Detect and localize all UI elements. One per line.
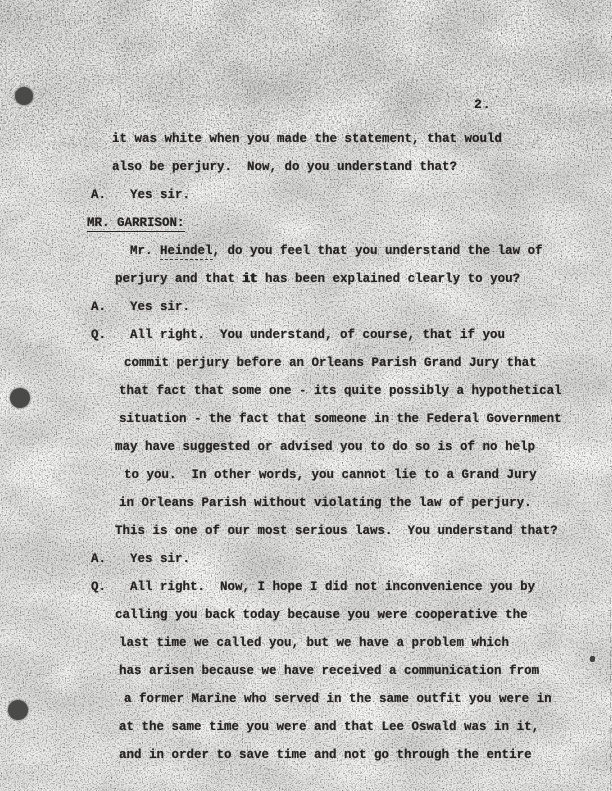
transcript-line: perjury and that it has been explained c…	[0, 272, 612, 300]
transcript-text: to you. In other words, you cannot lie t…	[124, 468, 537, 482]
transcript-text: Yes sir.	[130, 188, 190, 202]
transcript-line: last time we called you, but we have a p…	[0, 636, 612, 664]
transcript-text: commit perjury before an Orleans Parish …	[124, 356, 537, 370]
speaker-heading: MR. GARRISON:	[87, 216, 185, 232]
transcript-text: may have suggested or advised you to do …	[115, 440, 535, 454]
transcript-line: may have suggested or advised you to do …	[0, 440, 612, 468]
transcript-text: also be perjury. Now, do you understand …	[112, 160, 457, 174]
transcript-line: and in order to save time and not go thr…	[0, 748, 612, 776]
speaker-label: Q.	[91, 580, 106, 594]
transcript-text: last time we called you, but we have a p…	[119, 636, 509, 650]
transcript-line: commit perjury before an Orleans Parish …	[0, 356, 612, 384]
annotated-word: it	[243, 272, 258, 286]
transcript-text: Yes sir.	[130, 300, 190, 314]
transcript-text: This is one of our most serious laws. Yo…	[115, 524, 558, 538]
transcript-line: Q.All right. Now, I hope I did not incon…	[0, 580, 612, 608]
transcript-line: to you. In other words, you cannot lie t…	[0, 468, 612, 496]
speaker-label: Q.	[91, 328, 106, 342]
transcript-text: at the same time you were and that Lee O…	[119, 720, 539, 734]
transcript-text: it was white when you made the statement…	[112, 132, 502, 146]
scanned-document-page: 2. it was white when you made the statem…	[0, 0, 612, 791]
transcript-line: it was white when you made the statement…	[0, 132, 612, 160]
hole-punch-mark	[15, 87, 33, 105]
transcript-text: a former Marine who served in the same o…	[124, 692, 552, 706]
transcript-text: situation - the fact that someone in the…	[119, 412, 562, 426]
transcript-text: in Orleans Parish without violating the …	[119, 496, 532, 510]
transcript-line: calling you back today because you were …	[0, 608, 612, 636]
hole-punch-mark	[10, 388, 30, 408]
transcript-text: and in order to save time and not go thr…	[119, 748, 532, 762]
transcript-line: This is one of our most serious laws. Yo…	[0, 524, 612, 552]
transcript-line: A.Yes sir.	[0, 300, 612, 328]
annotated-word: Heindel	[160, 244, 213, 260]
speaker-label: A.	[91, 552, 106, 566]
transcript-line: situation - the fact that someone in the…	[0, 412, 612, 440]
transcript-text: Yes sir.	[130, 552, 190, 566]
transcript-text: calling you back today because you were …	[115, 608, 528, 622]
transcript-line: A.Yes sir.	[0, 188, 612, 216]
transcript-line: Mr. Heindel, do you feel that you unders…	[0, 244, 612, 272]
page-number: 2.	[474, 97, 492, 112]
speaker-label: A.	[91, 300, 106, 314]
transcript-text: All right. You understand, of course, th…	[130, 328, 505, 342]
speaker-label: A.	[91, 188, 106, 202]
transcript-line: that fact that some one - its quite poss…	[0, 384, 612, 412]
transcript-text: Mr. Heindel, do you feel that you unders…	[130, 244, 543, 258]
transcript-line: has arisen because we have received a co…	[0, 664, 612, 692]
transcript-line: also be perjury. Now, do you understand …	[0, 160, 612, 188]
transcript-text: that fact that some one - its quite poss…	[119, 384, 562, 398]
transcript-text: perjury and that it has been explained c…	[115, 272, 520, 286]
transcript: it was white when you made the statement…	[0, 132, 612, 776]
transcript-line: in Orleans Parish without violating the …	[0, 496, 612, 524]
scan-artifact-edge-line	[610, 598, 611, 790]
transcript-line: a former Marine who served in the same o…	[0, 692, 612, 720]
scan-artifact-speck	[590, 656, 595, 662]
transcript-line: MR. GARRISON:	[0, 216, 612, 244]
transcript-line: A.Yes sir.	[0, 552, 612, 580]
transcript-line: Q.All right. You understand, of course, …	[0, 328, 612, 356]
hole-punch-mark	[8, 700, 28, 720]
transcript-line: at the same time you were and that Lee O…	[0, 720, 612, 748]
transcript-text: has arisen because we have received a co…	[119, 664, 539, 678]
transcript-text: All right. Now, I hope I did not inconve…	[130, 580, 535, 594]
